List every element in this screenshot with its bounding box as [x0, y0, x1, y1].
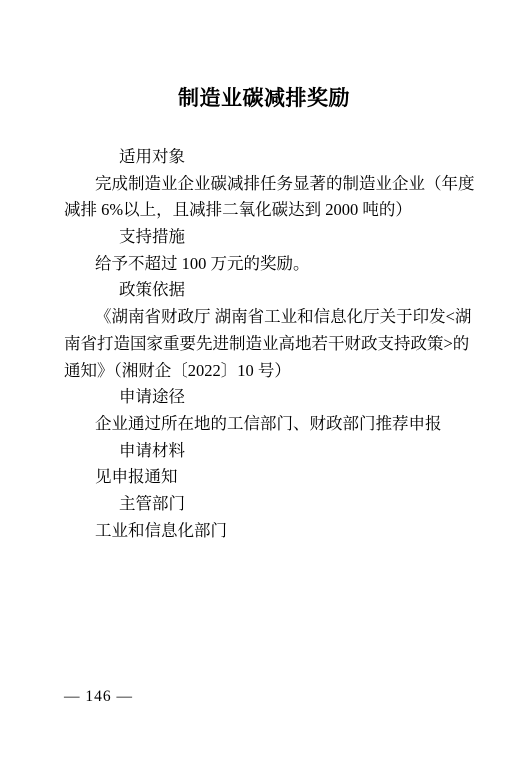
section-body-line: 给予不超过 100 万元的奖励。 [64, 251, 464, 278]
section-heading-competent-department: 主管部门 [64, 491, 464, 518]
section-body-line: 见申报通知 [64, 464, 464, 491]
section-heading-policy-basis: 政策依据 [64, 277, 464, 304]
section-body-line: 南省打造国家重要先进制造业高地若干财政支持政策>的 [64, 331, 464, 358]
section-body-line: 工业和信息化部门 [64, 518, 464, 545]
section-body-line: 通知》（湘财企〔2022〕10 号） [64, 358, 464, 385]
section-heading-application-channel: 申请途径 [64, 384, 464, 411]
page-title: 制造业碳减排奖励 [0, 84, 528, 114]
section-body-line: 企业通过所在地的工信部门、财政部门推荐申报 [64, 411, 464, 438]
section-heading-applicable-targets: 适用对象 [64, 144, 464, 171]
section-body-line: 完成制造业企业碳减排任务显著的制造业企业（年度 [64, 171, 464, 198]
document-body: 适用对象 完成制造业企业碳减排任务显著的制造业企业（年度 减排 6%以上，且减排… [64, 144, 464, 544]
section-body-line: 《湖南省财政厅 湖南省工业和信息化厅关于印发<湖 [64, 304, 464, 331]
section-body-line: 减排 6%以上，且减排二氧化碳达到 2000 吨的） [64, 197, 464, 224]
page-number: — 146 — [64, 687, 133, 707]
section-heading-application-materials: 申请材料 [64, 438, 464, 465]
section-heading-support-measures: 支持措施 [64, 224, 464, 251]
document-page: 制造业碳减排奖励 适用对象 完成制造业企业碳减排任务显著的制造业企业（年度 减排… [0, 0, 528, 767]
